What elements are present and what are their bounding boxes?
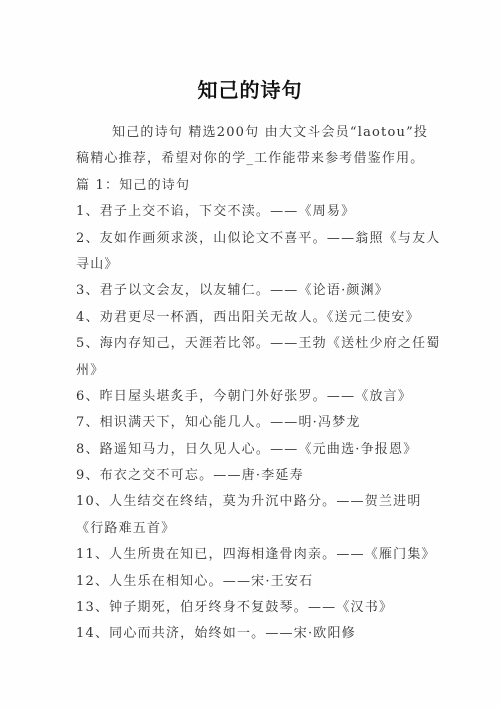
intro-line: 稿精心推荐，希望对你的学_工作能带来参考借鉴作用。 <box>76 146 436 172</box>
poem-line: 州》 <box>76 358 436 384</box>
poem-line: 13、钟子期死，伯牙终身不复鼓琴。——《汉书》 <box>76 595 436 621</box>
poem-line: 寻山》 <box>76 252 436 278</box>
poem-line: 10、人生结交在终结，莫为升沉中路分。——贺兰进明 <box>76 489 436 515</box>
poem-line: 8、路遥知马力，日久见人心。——《元曲选·争报恩》 <box>76 437 436 463</box>
poem-line: 7、相识满天下，知心能几人。——明·冯梦龙 <box>76 410 436 436</box>
poem-line: 《行路难五首》 <box>76 516 436 542</box>
document-page: 知己的诗句 知己的诗句 精选200句 由大文斗会员“laotou”投 稿精心推荐… <box>0 0 500 708</box>
poem-line: 14、同心而共济，始终如一。——宋·欧阳修 <box>76 621 436 647</box>
poem-line: 2、友如作画须求淡，山似论文不喜平。——翁照《与友人 <box>76 226 436 252</box>
poem-line: 12、人生乐在相知心。——宋·王安石 <box>76 569 436 595</box>
poem-line: 3、君子以文会友，以友辅仁。——《论语·颜渊》 <box>76 278 436 304</box>
poem-line: 5、海内存知己，天涯若比邻。——王勃《送杜少府之任蜀 <box>76 331 436 357</box>
poem-line: 4、劝君更尽一杯酒，西出阳关无故人。《送元二使安》 <box>76 305 436 331</box>
intro-line: 知己的诗句 精选200句 由大文斗会员“laotou”投 <box>76 120 436 146</box>
poem-line: 9、布衣之交不可忘。——唐·李延寿 <box>76 463 436 489</box>
section-heading: 篇 1：知己的诗句 <box>76 173 436 199</box>
poem-line: 11、人生所贵在知已，四海相逢骨肉亲。——《雁门集》 <box>76 542 436 568</box>
document-body: 知己的诗句 精选200句 由大文斗会员“laotou”投 稿精心推荐，希望对你的… <box>76 120 436 648</box>
poem-line: 1、君子上交不谄，下交不渎。——《周易》 <box>76 199 436 225</box>
document-title: 知己的诗句 <box>0 76 500 104</box>
poem-line: 6、昨日屋头堪炙手，今朝门外好张罗。——《放言》 <box>76 384 436 410</box>
